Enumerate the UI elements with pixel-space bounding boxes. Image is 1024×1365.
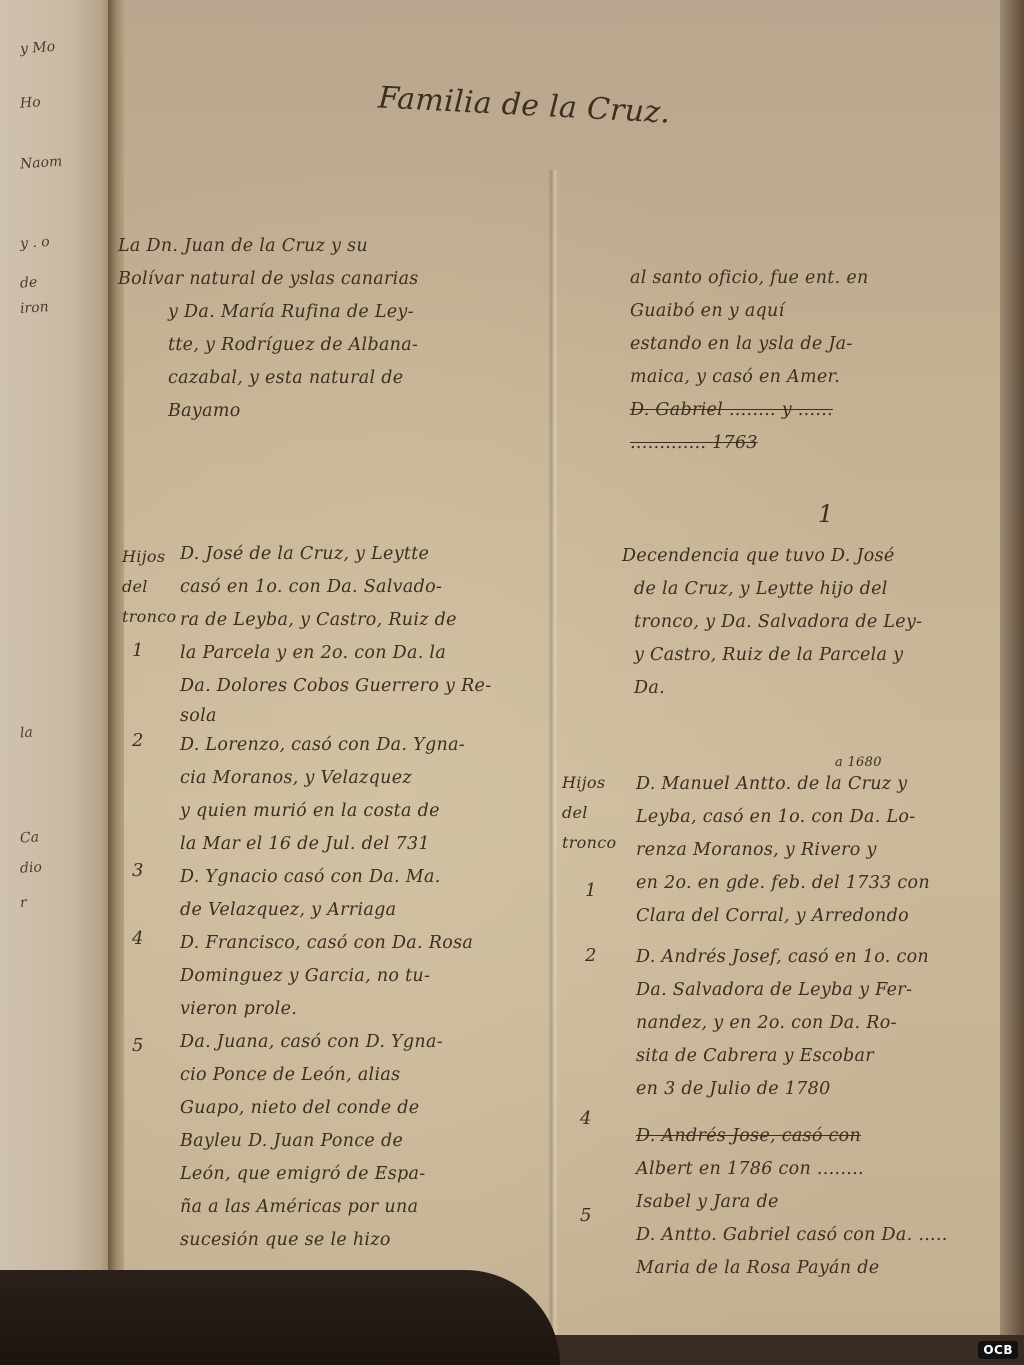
text-line: cazabal, y esta natural de — [118, 362, 419, 395]
child-entry: D. Lorenzo, casó con Da. Ygna- cia Moran… — [180, 729, 560, 861]
margin-note: Ca — [19, 829, 39, 846]
label-line: Hijos — [122, 542, 176, 572]
text-line: maica, y casó en Amer. — [630, 361, 1002, 394]
text-line: D. Antto. Gabriel casó con Da. ..... — [636, 1219, 1006, 1252]
text-line: Bolívar natural de yslas canarias — [118, 263, 419, 296]
watermark-logo: OCB — [978, 1341, 1018, 1359]
text-line: D. Lorenzo, casó con Da. Ygna- — [180, 729, 560, 762]
text-line: de la Cruz, y Leytte hijo del — [622, 573, 1002, 606]
text-line: la Parcela y en 2o. con Da. la — [180, 637, 560, 670]
text-line: vieron prole. — [180, 993, 560, 1026]
child-entry: Da. Juana, casó con D. Ygna- cio Ponce d… — [180, 1026, 560, 1257]
text-line: y Castro, Ruiz de la Parcela y — [622, 639, 1002, 672]
text-line: D. Andrés Josef, casó en 1o. con — [636, 941, 1006, 974]
section-number: 1 — [818, 500, 834, 528]
margin-note: y . o — [19, 234, 50, 252]
entry-number: 4 — [132, 928, 143, 949]
text-line: D. José de la Cruz, y Leytte — [180, 538, 560, 571]
text-line: Guapo, nieto del conde de — [180, 1092, 560, 1125]
entry-number: 5 — [580, 1205, 591, 1226]
text-line: Leyba, casó en 1o. con Da. Lo- — [636, 801, 1006, 834]
entry-number: 5 — [132, 1035, 143, 1056]
margin-note: de — [19, 274, 37, 291]
text-line: ña a las Américas por una — [180, 1191, 560, 1224]
text-line: casó en 1o. con Da. Salvado- — [180, 571, 560, 604]
text-line: Da. Juana, casó con D. Ygna- — [180, 1026, 560, 1059]
text-line: Da. — [622, 672, 1002, 705]
child-entry: D. Manuel Antto. de la Cruz y Leyba, cas… — [636, 768, 1006, 867]
text-line: cio Ponce de León, alias — [180, 1059, 560, 1092]
label-line: del — [562, 798, 616, 828]
text-line: D. Francisco, casó con Da. Rosa — [180, 927, 560, 960]
margin-note: iron — [19, 299, 49, 317]
margin-note: la — [19, 725, 33, 742]
text-line: Bayleu D. Juan Ponce de — [180, 1125, 560, 1158]
text-line: y Da. María Rufina de Ley- — [118, 296, 419, 329]
label-line: Hijos — [562, 768, 616, 798]
child-entry: D. José de la Cruz, y Leytte casó en 1o.… — [180, 538, 560, 729]
hijos-del-tronco-label: Hijos del tronco — [122, 542, 176, 632]
text-line: La Dn. Juan de la Cruz y su — [118, 230, 419, 263]
child-entry: D. Ygnacio casó con Da. Ma. de Velazquez… — [180, 861, 560, 927]
hijos-del-tronco-label: Hijos del tronco — [562, 768, 616, 858]
text-line: tronco, y Da. Salvadora de Ley- — [622, 606, 1002, 639]
text-line: sola — [180, 703, 560, 729]
child-entry: Maria de la Rosa Payán de — [636, 1252, 1006, 1285]
text-line-struck: ............. 1763 — [630, 427, 1002, 460]
text-line: Bayamo — [118, 395, 419, 428]
text-line: de Velazquez, y Arriaga — [180, 894, 560, 927]
child-entry: D. Andrés Jose, casó con Albert en 1786 … — [636, 1120, 1006, 1252]
text-line: ra de Leyba, y Castro, Ruiz de — [180, 604, 560, 637]
text-line: Guaibó en y aquí — [630, 295, 1002, 328]
text-line: renza Moranos, y Rivero y — [636, 834, 1006, 867]
text-line: sita de Cabrera y Escobar — [636, 1040, 1006, 1073]
text-line: Albert en 1786 con ........ — [636, 1153, 1006, 1186]
margin-note: r — [19, 895, 27, 911]
text-line: estando en la ysla de Ja- — [630, 328, 1002, 361]
text-line: en 2o. en gde. feb. del 1733 con — [636, 867, 1006, 900]
text-line: en 3 de Julio de 1780 — [636, 1073, 1006, 1106]
child-entry: en 2o. en gde. feb. del 1733 con Clara d… — [636, 867, 1006, 933]
text-line: Da. Salvadora de Leyba y Fer- — [636, 974, 1006, 1007]
text-line: nandez, y en 2o. con Da. Ro- — [636, 1007, 1006, 1040]
margin-note: y Mo — [19, 39, 55, 57]
text-line: Da. Dolores Cobos Guerrero y Re- — [180, 670, 560, 703]
text-line: Isabel y Jara de — [636, 1186, 1006, 1219]
facing-page-verso: y Mo Ho Naom y . o de iron la Ca dio r — [0, 0, 118, 1300]
text-line-struck: D. Gabriel ........ y ...... — [630, 394, 1002, 427]
label-line: tronco — [562, 828, 616, 858]
text-line: Maria de la Rosa Payán de — [636, 1252, 1006, 1285]
text-line: cia Moranos, y Velazquez — [180, 762, 560, 795]
text-line: Dominguez y Garcia, no tu- — [180, 960, 560, 993]
entry-number: 3 — [132, 860, 143, 881]
children-list-right: D. Manuel Antto. de la Cruz y Leyba, cas… — [636, 768, 1006, 1285]
entry-number: 2 — [585, 945, 596, 966]
entry-number: 1 — [132, 640, 143, 661]
intro-paragraph: La Dn. Juan de la Cruz y su Bolívar natu… — [118, 230, 419, 428]
descendencia-paragraph: Decendencia que tuvo D. José de la Cruz,… — [622, 540, 1002, 705]
label-line: del — [122, 572, 176, 602]
entry-number: 4 — [580, 1108, 591, 1129]
text-line: Clara del Corral, y Arredondo — [636, 900, 1006, 933]
margin-note: Naom — [19, 154, 62, 173]
text-line: Decendencia que tuvo D. José — [622, 540, 1002, 573]
child-entry: D. Andrés Josef, casó en 1o. con Da. Sal… — [636, 941, 1006, 1106]
margin-note: Ho — [19, 94, 41, 111]
child-entry: D. Francisco, casó con Da. Rosa Domingue… — [180, 927, 560, 1026]
text-line: D. Ygnacio casó con Da. Ma. — [180, 861, 560, 894]
entry-number: 2 — [132, 730, 143, 751]
right-column-intro-continued: al santo oficio, fue ent. en Guaibó en y… — [630, 262, 1002, 460]
text-line: D. Manuel Antto. de la Cruz y — [636, 768, 1006, 801]
text-line: León, que emigró de Espa- — [180, 1158, 560, 1191]
label-line: tronco — [122, 602, 176, 632]
hand-holding-book — [0, 1270, 560, 1365]
margin-note: dio — [19, 859, 42, 876]
text-line: D. Andrés Jose, casó con — [636, 1120, 1006, 1153]
text-line: sucesión que se le hizo — [180, 1224, 560, 1257]
text-line: tte, y Rodríguez de Albana- — [118, 329, 419, 362]
text-line: al santo oficio, fue ent. en — [630, 262, 1002, 295]
children-list-left: D. José de la Cruz, y Leytte casó en 1o.… — [180, 538, 560, 1257]
text-line: la Mar el 16 de Jul. del 731 — [180, 828, 560, 861]
text-line: y quien murió en la costa de — [180, 795, 560, 828]
entry-number: 1 — [585, 880, 596, 901]
